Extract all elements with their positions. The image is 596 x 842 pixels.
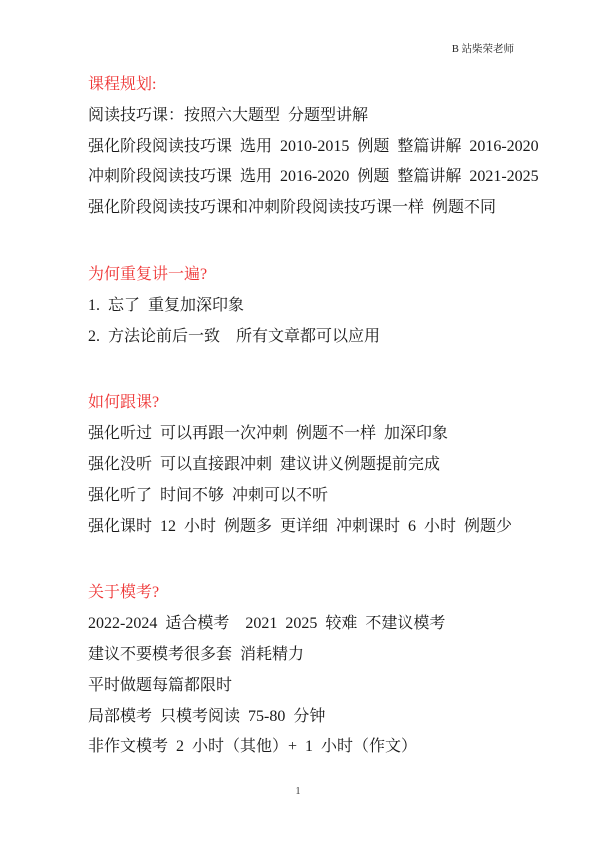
- text-line: 强化没听 可以直接跟冲刺 建议讲义例题提前完成: [88, 450, 558, 481]
- section-heading: 课程规划:: [88, 70, 558, 101]
- section-about-mock-exam: 关于模考? 2022-2024 适合模考 2021 2025 较难 不建议模考 …: [88, 578, 558, 763]
- document-body: 课程规划: 阅读技巧课：按照六大题型 分题型讲解 强化阶段阅读技巧课 选用 20…: [88, 70, 558, 799]
- text-line: 强化课时 12 小时 例题多 更详细 冲刺课时 6 小时 例题少: [88, 512, 558, 543]
- text-line: 阅读技巧课：按照六大题型 分题型讲解: [88, 101, 558, 132]
- page-number: 1: [0, 786, 596, 797]
- section-heading: 为何重复讲一遍?: [88, 260, 558, 291]
- page-header-author: B 站柴荣老师: [452, 41, 514, 56]
- text-line: 建议不要模考很多套 消耗精力: [88, 640, 558, 671]
- text-line: 强化阶段阅读技巧课和冲刺阶段阅读技巧课一样 例题不同: [88, 193, 558, 224]
- text-line: 冲刺阶段阅读技巧课 选用 2016-2020 例题 整篇讲解 2021-2025: [88, 162, 558, 193]
- document-page: B 站柴荣老师 课程规划: 阅读技巧课：按照六大题型 分题型讲解 强化阶段阅读技…: [0, 0, 596, 842]
- text-line: 非作文模考 2 小时（其他）+ 1 小时（作文）: [88, 732, 558, 763]
- text-line: 强化听了 时间不够 冲刺可以不听: [88, 481, 558, 512]
- section-heading: 关于模考?: [88, 578, 558, 609]
- text-line: 局部模考 只模考阅读 75-80 分钟: [88, 702, 558, 733]
- text-line: 2. 方法论前后一致 所有文章都可以应用: [88, 322, 558, 353]
- section-why-repeat: 为何重复讲一遍? 1. 忘了 重复加深印象 2. 方法论前后一致 所有文章都可以…: [88, 260, 558, 352]
- section-course-plan: 课程规划: 阅读技巧课：按照六大题型 分题型讲解 强化阶段阅读技巧课 选用 20…: [88, 70, 558, 224]
- text-line: 强化阶段阅读技巧课 选用 2010-2015 例题 整篇讲解 2016-2020: [88, 132, 558, 163]
- section-how-to-follow: 如何跟课? 强化听过 可以再跟一次冲刺 例题不一样 加深印象 强化没听 可以直接…: [88, 388, 558, 542]
- text-line: 平时做题每篇都限时: [88, 671, 558, 702]
- text-line: 1. 忘了 重复加深印象: [88, 291, 558, 322]
- section-heading: 如何跟课?: [88, 388, 558, 419]
- text-line: 强化听过 可以再跟一次冲刺 例题不一样 加深印象: [88, 419, 558, 450]
- text-line: 2022-2024 适合模考 2021 2025 较难 不建议模考: [88, 609, 558, 640]
